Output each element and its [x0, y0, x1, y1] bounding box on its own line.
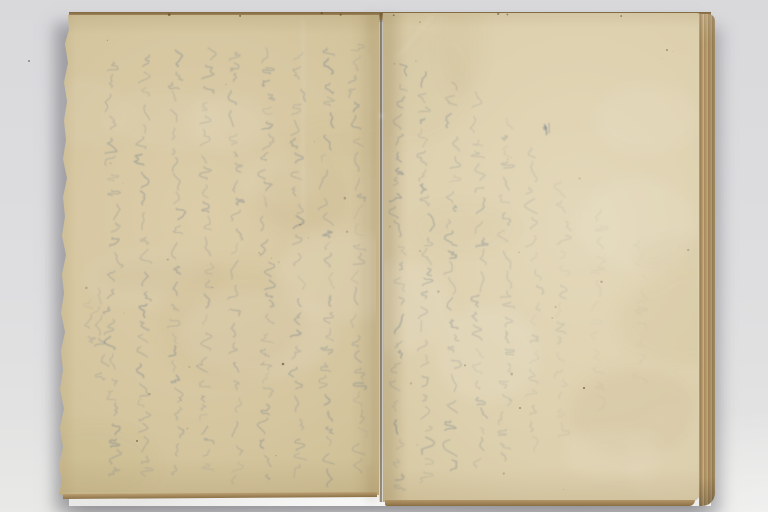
- left-page: [57, 15, 379, 495]
- fore-edge-page-stack: [699, 14, 715, 506]
- book-gutter: [379, 13, 383, 502]
- right-page: [383, 13, 701, 502]
- right-page-bottom-edge-stack: [385, 500, 695, 506]
- photo-backdrop: [0, 0, 768, 512]
- manuscript-book: [65, 12, 715, 504]
